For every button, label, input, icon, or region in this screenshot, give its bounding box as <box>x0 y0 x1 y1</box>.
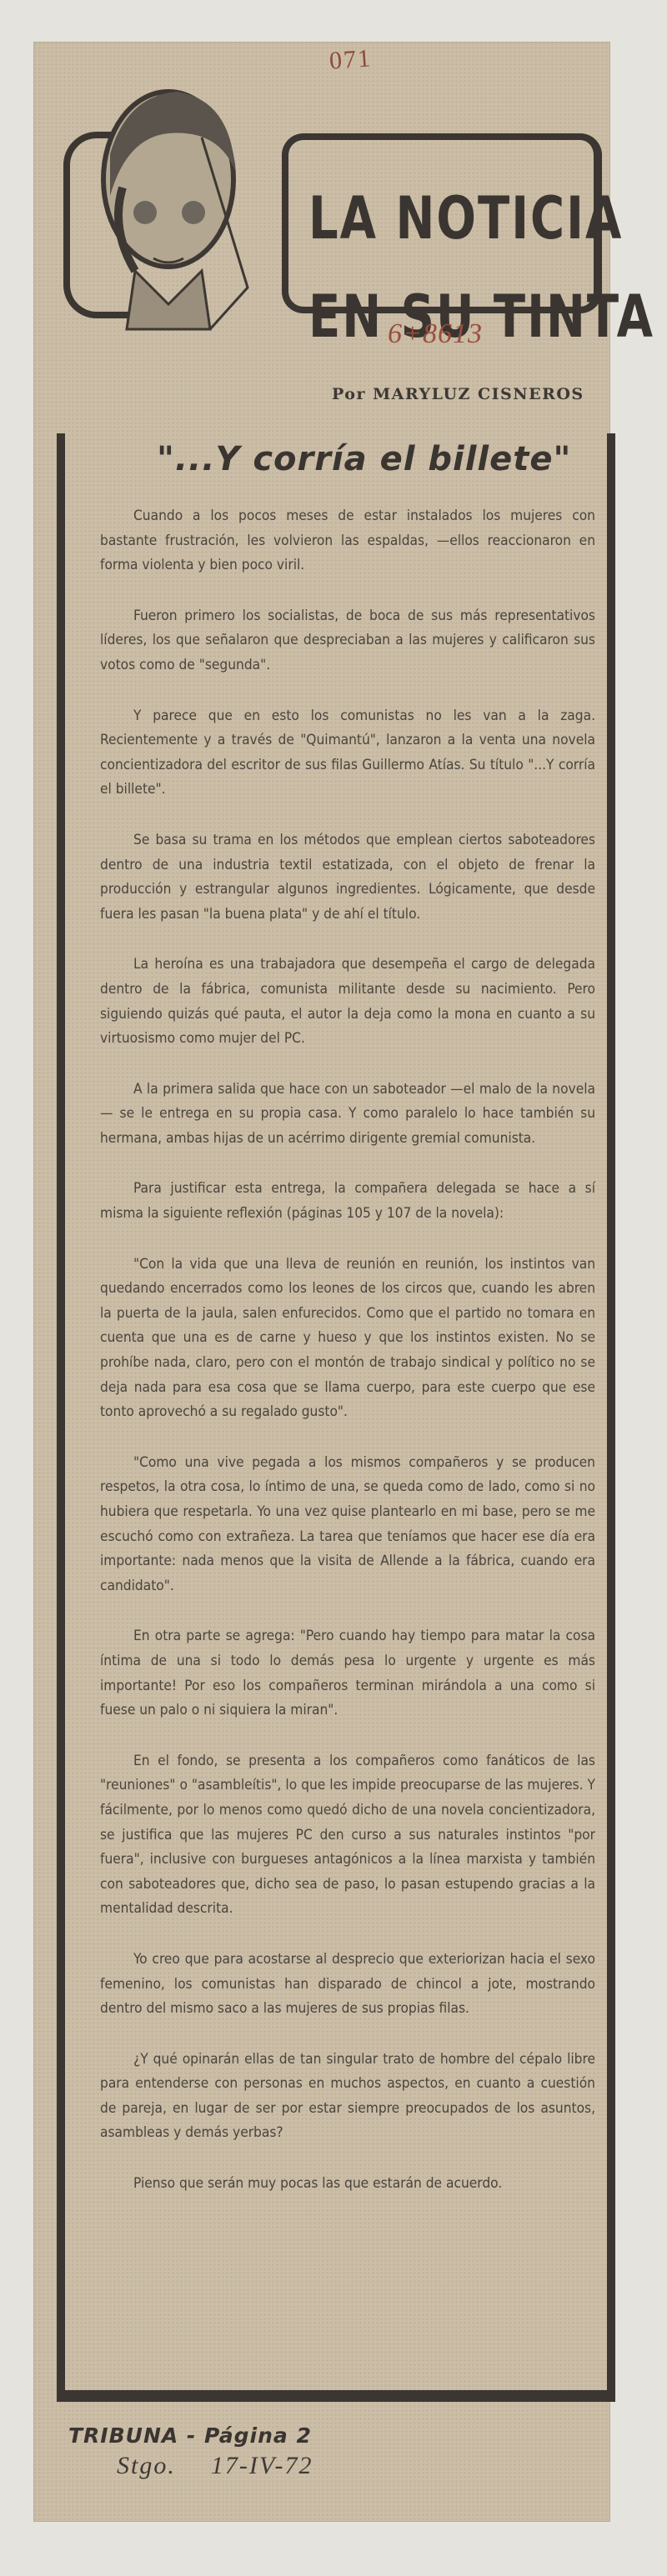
handwritten-date-value: 17-IV-72 <box>211 2452 313 2479</box>
paragraph: Yo creo que para acostarse al desprecio … <box>100 1948 595 2022</box>
paragraph: Fueron primero los socialistas, de boca … <box>100 604 595 678</box>
paragraph: Cuando a los pocos meses de estar instal… <box>100 504 595 578</box>
byline: Por MARYLUZ CISNEROS <box>332 385 584 403</box>
handwritten-place: Stgo. <box>117 2452 176 2479</box>
article-headline: "...Y corría el billete" <box>157 440 571 478</box>
paragraph: Se basa su trama en los métodos que empl… <box>100 828 595 927</box>
paragraph: "Como una vive pegada a los mismos compa… <box>100 1451 595 1599</box>
column-title-line-1: LA NOTICIA <box>308 185 623 253</box>
paragraph: "Con la vida que una lleva de reunión en… <box>100 1253 595 1425</box>
paragraph: En el fondo, se presenta a los compañero… <box>100 1749 595 1922</box>
article-body: Cuando a los pocos meses de estar instal… <box>100 504 595 2223</box>
publication-footer: TRIBUNA - Página 2 <box>68 2423 312 2448</box>
paragraph: Para justificar esta entrega, la compañe… <box>100 1177 595 1226</box>
paragraph: Y parece que en esto los comunistas no l… <box>100 704 595 803</box>
article-box: "...Y corría el billete" Cuando a los po… <box>57 433 615 2402</box>
paragraph: ¿Y qué opinarán ellas de tan singular tr… <box>100 2048 595 2146</box>
archive-number-handwritten: 071 <box>328 44 373 75</box>
handwritten-date: Stgo.17-IV-72 <box>117 2452 313 2480</box>
paragraph: En otra parte se agrega: "Pero cuando ha… <box>100 1624 595 1723</box>
paragraph: La heroína es una trabajadora que desemp… <box>100 953 595 1051</box>
archive-code-handwritten: 6+8613 <box>388 318 483 350</box>
paragraph: Pienso que serán muy pocas las que estar… <box>100 2172 595 2197</box>
paragraph: A la primera salida que hace con un sabo… <box>100 1078 595 1152</box>
columnist-portrait-illustration <box>77 79 260 346</box>
